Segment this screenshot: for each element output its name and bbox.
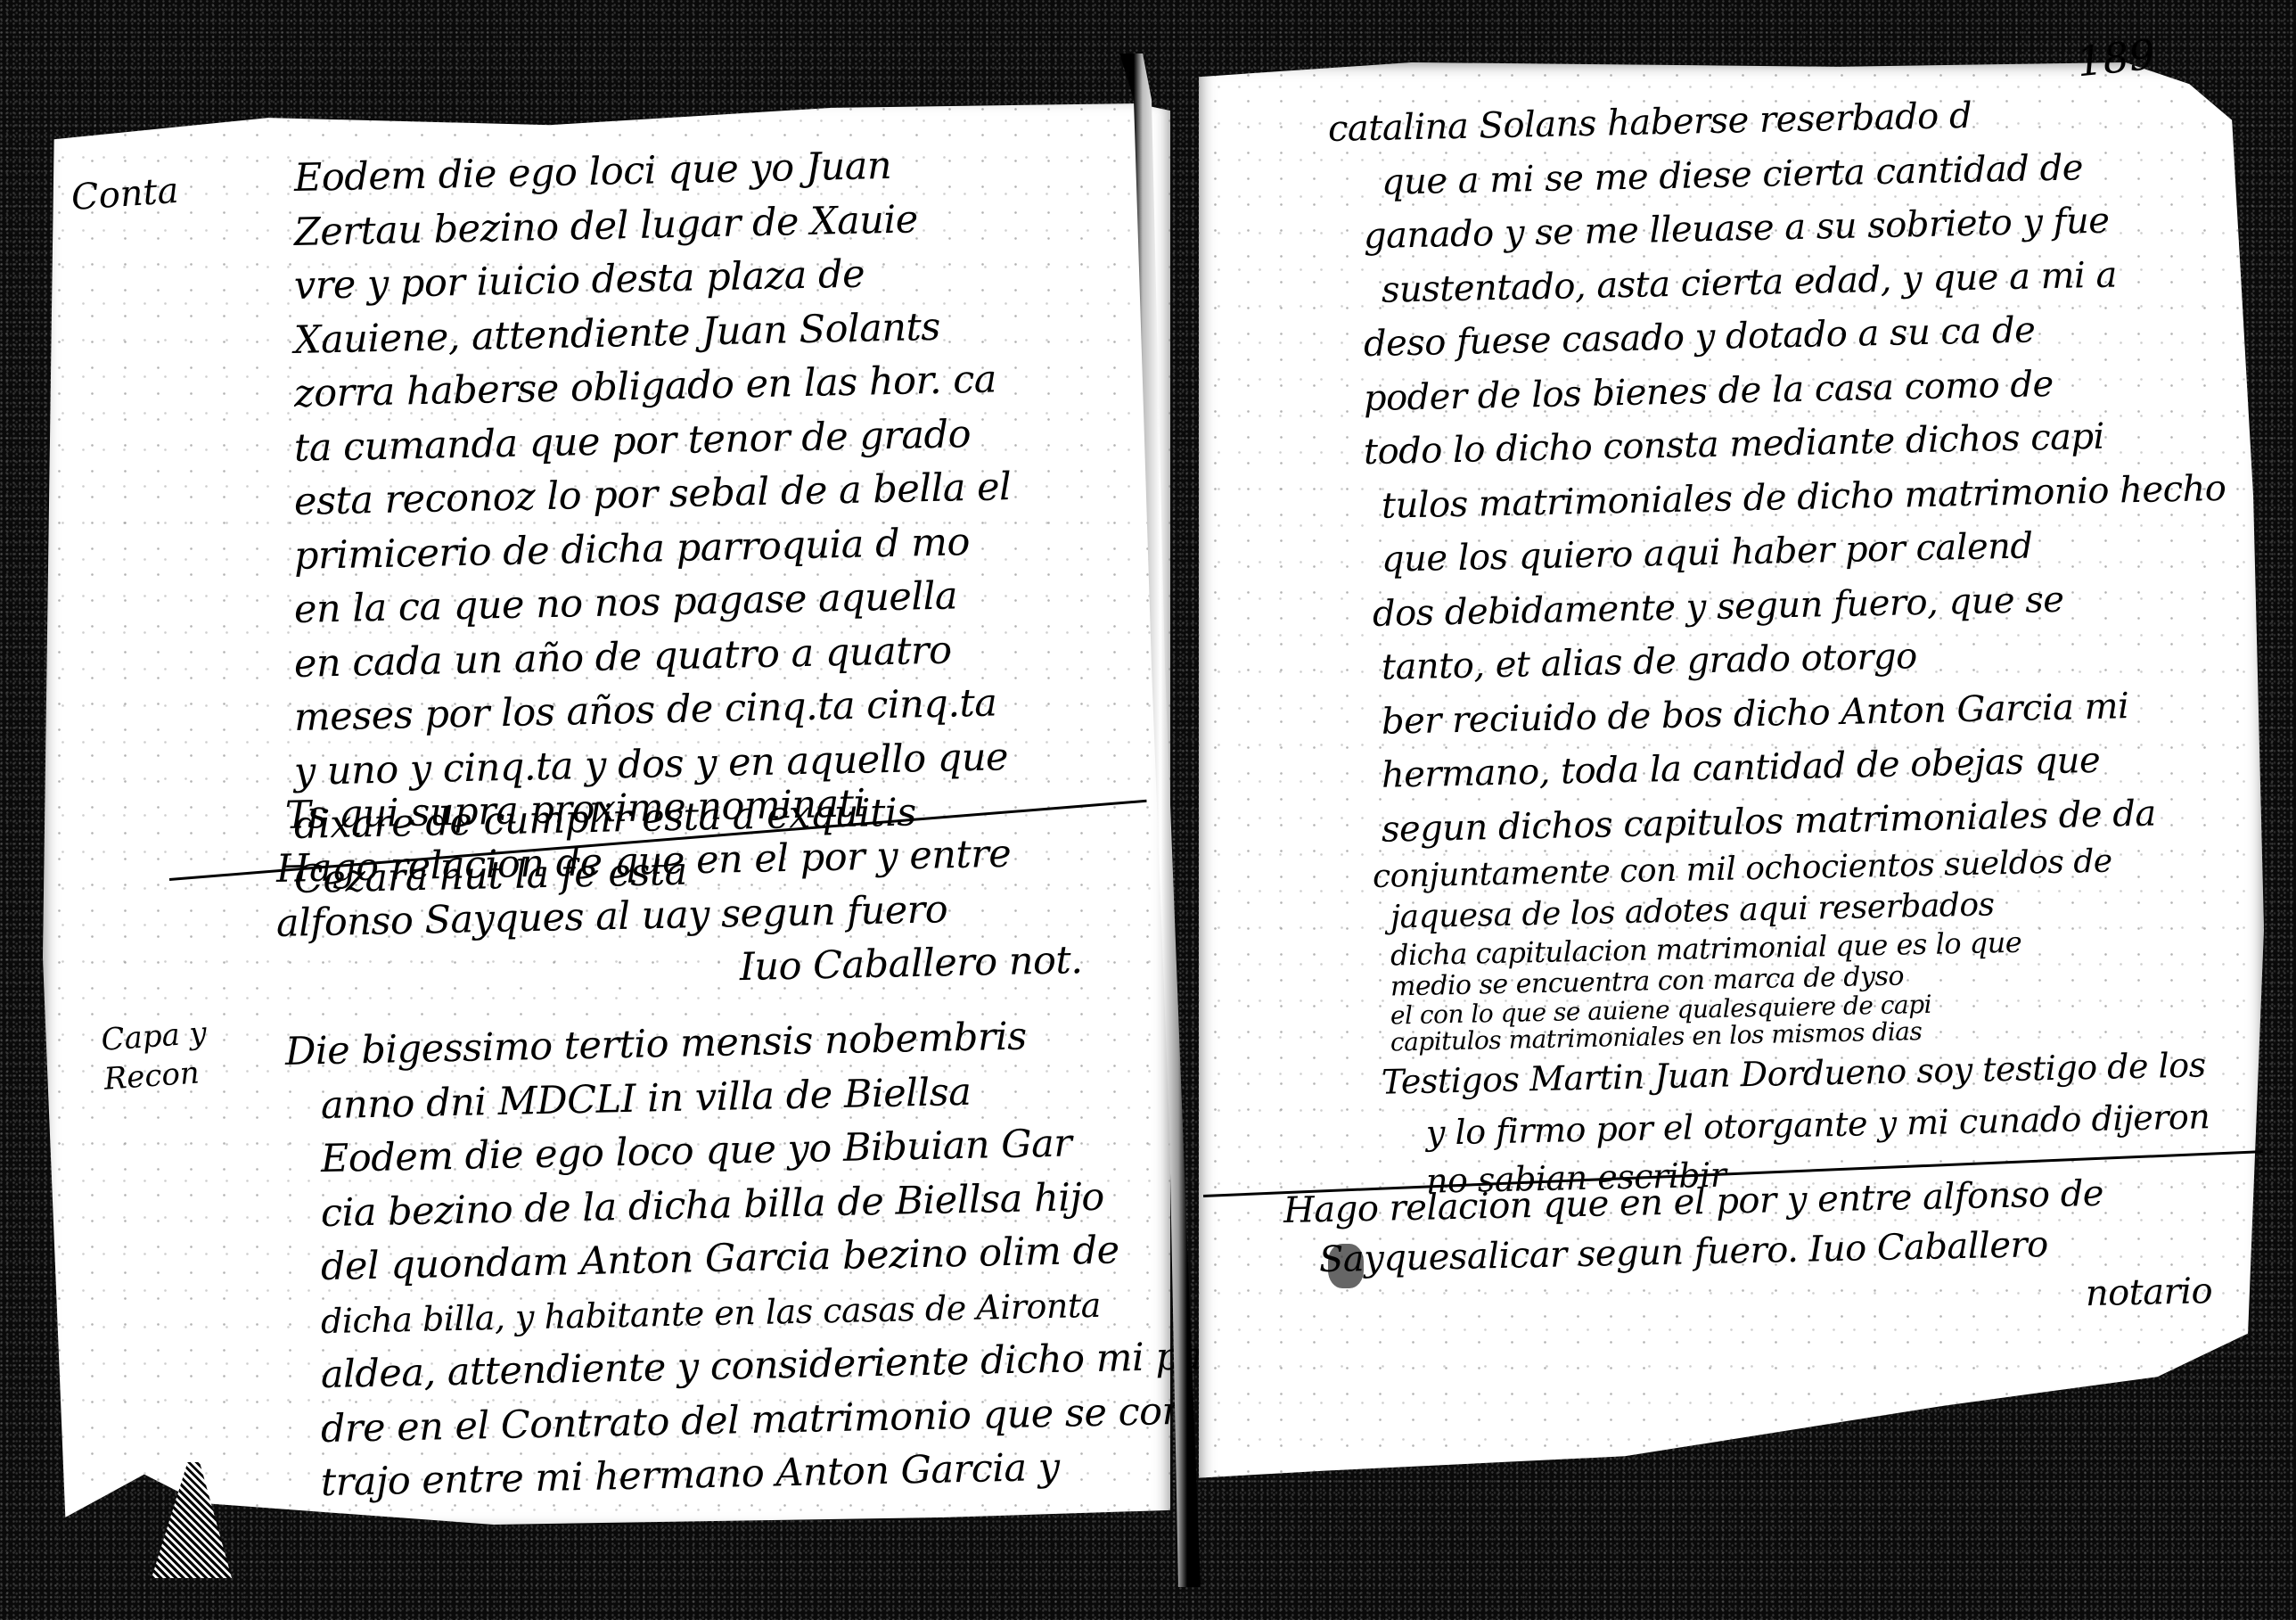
left-notary-relation: Hago relacion de que en el por y entre a… [276, 843, 1132, 1005]
left-entry-2: Die bigessimo tertio mensis nobembris an… [285, 1025, 1159, 1511]
page-number: 189 [2074, 30, 2157, 86]
ink-blot [1328, 1244, 1364, 1288]
margin-note-conta: Conta [70, 170, 180, 218]
margin-note-capa: Capa y Recon [100, 1012, 230, 1099]
right-entry-1: catalina Solans haberse reserbado d que … [1328, 103, 2273, 1205]
right-notary-relation: Hago relacion que en el por y entre alfo… [1283, 1186, 2273, 1336]
